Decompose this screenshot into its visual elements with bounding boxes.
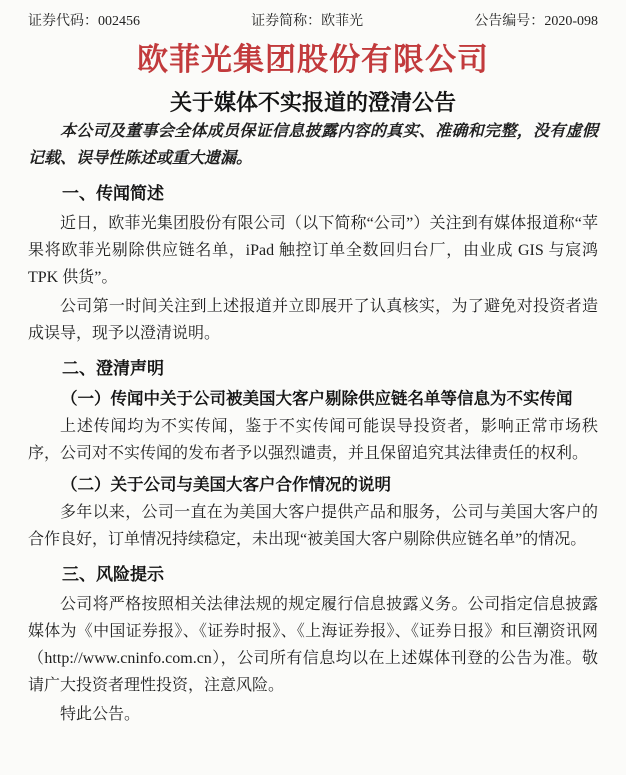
- closing-statement: 特此公告。: [28, 701, 598, 728]
- section3-paragraph: 公司将严格按照相关法律法规的规定履行信息披露义务。公司指定信息披露媒体为《中国证…: [28, 591, 598, 699]
- announcement-number-value: 2020-098: [544, 14, 598, 29]
- section2-heading: 二、澄清声明: [28, 357, 598, 381]
- document-title: 关于媒体不实报道的澄清公告: [28, 88, 598, 118]
- board-disclaimer: 本公司及董事会全体成员保证信息披露内容的真实、准确和完整，没有虚假记载、误导性陈…: [28, 118, 598, 172]
- document-meta-row: 证券代码：002456 证券简称：欧菲光 公告编号：2020-098: [28, 10, 598, 30]
- section2-sub1-paragraph: 上述传闻均为不实传闻，鉴于不实传闻可能误导投资者，影响正常市场秩序，公司对不实传…: [28, 413, 598, 467]
- section2-sub1-heading: （一）传闻中关于公司被美国大客户剔除供应链名单等信息为不实传闻: [28, 387, 598, 411]
- section3-heading: 三、风险提示: [28, 563, 598, 587]
- stock-abbr-label: 证券简称：: [251, 14, 321, 29]
- section1-heading: 一、传闻简述: [28, 182, 598, 206]
- stock-code-label: 证券代码：: [28, 14, 98, 29]
- stock-code: 证券代码：002456: [28, 10, 140, 30]
- section1-paragraph-1: 近日，欧菲光集团股份有限公司（以下简称“公司”）关注到有媒体报道称“苹果将欧菲光…: [28, 210, 598, 291]
- announcement-document: 证券代码：002456 证券简称：欧菲光 公告编号：2020-098 欧菲光集团…: [0, 0, 626, 728]
- stock-abbr-value: 欧菲光: [321, 14, 363, 29]
- stock-abbr: 证券简称：欧菲光: [251, 10, 363, 30]
- section2-sub2-paragraph: 多年以来，公司一直在为美国大客户提供产品和服务，公司与美国大客户的合作良好，订单…: [28, 499, 598, 553]
- company-name-title: 欧菲光集团股份有限公司: [28, 40, 598, 80]
- announcement-number: 公告编号：2020-098: [474, 10, 598, 30]
- stock-code-value: 002456: [98, 14, 140, 29]
- announcement-number-label: 公告编号：: [474, 14, 544, 29]
- section2-sub2-heading: （二）关于公司与美国大客户合作情况的说明: [28, 473, 598, 497]
- section1-paragraph-2: 公司第一时间关注到上述报道并立即展开了认真核实，为了避免对投资者造成误导，现予以…: [28, 293, 598, 347]
